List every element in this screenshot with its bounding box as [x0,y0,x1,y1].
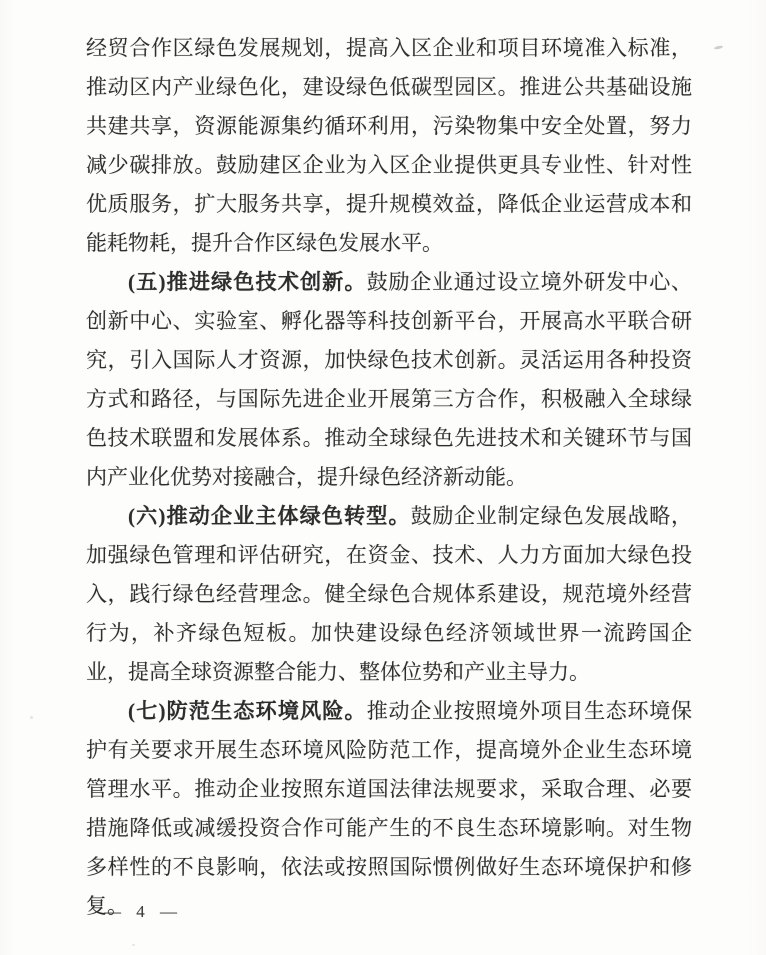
paragraph-section-7: (七)防范生态环境风险。推动企业按照境外项目生态环境保护有关要求开展生态环境风险… [86,692,692,926]
paragraph-continuation: 经贸合作区绿色发展规划，提高入区企业和项目环境准入标准，推动区内产业绿色化，建设… [86,29,692,263]
scan-speck [714,45,723,50]
paragraph-text: 推动企业按照境外项目生态环境保护有关要求开展生态环境风险防范工作，提高境外企业生… [86,699,692,918]
document-body: 经贸合作区绿色发展规划，提高入区企业和项目环境准入标准，推动区内产业绿色化，建设… [86,29,692,926]
paragraph-text: 鼓励企业制定绿色发展战略，加强绿色管理和评估研究，在资金、技术、人力方面加大绿色… [86,504,692,684]
paragraph-text: 经贸合作区绿色发展规划，提高入区企业和项目环境准入标准，推动区内产业绿色化，建设… [86,36,692,255]
scan-speck [30,716,33,719]
document-page: 经贸合作区绿色发展规划，提高入区企业和项目环境准入标准，推动区内产业绿色化，建设… [0,0,766,955]
page-footer: — 4 — [104,901,178,923]
section-heading: (五)推进绿色技术创新。 [128,270,367,294]
paragraph-section-5: (五)推进绿色技术创新。鼓励企业通过设立境外研发中心、创新中心、实验室、孵化器等… [86,263,692,497]
page-number: — 4 — [104,902,178,921]
paragraph-section-6: (六)推动企业主体绿色转型。鼓励企业制定绿色发展战略，加强绿色管理和评估研究，在… [86,497,692,692]
section-heading: (七)防范生态环境风险。 [128,699,367,723]
section-heading: (六)推动企业主体绿色转型。 [128,504,411,528]
scan-speck [132,944,135,946]
paragraph-text: 鼓励企业通过设立境外研发中心、创新中心、实验室、孵化器等科技创新平台，开展高水平… [86,270,692,489]
